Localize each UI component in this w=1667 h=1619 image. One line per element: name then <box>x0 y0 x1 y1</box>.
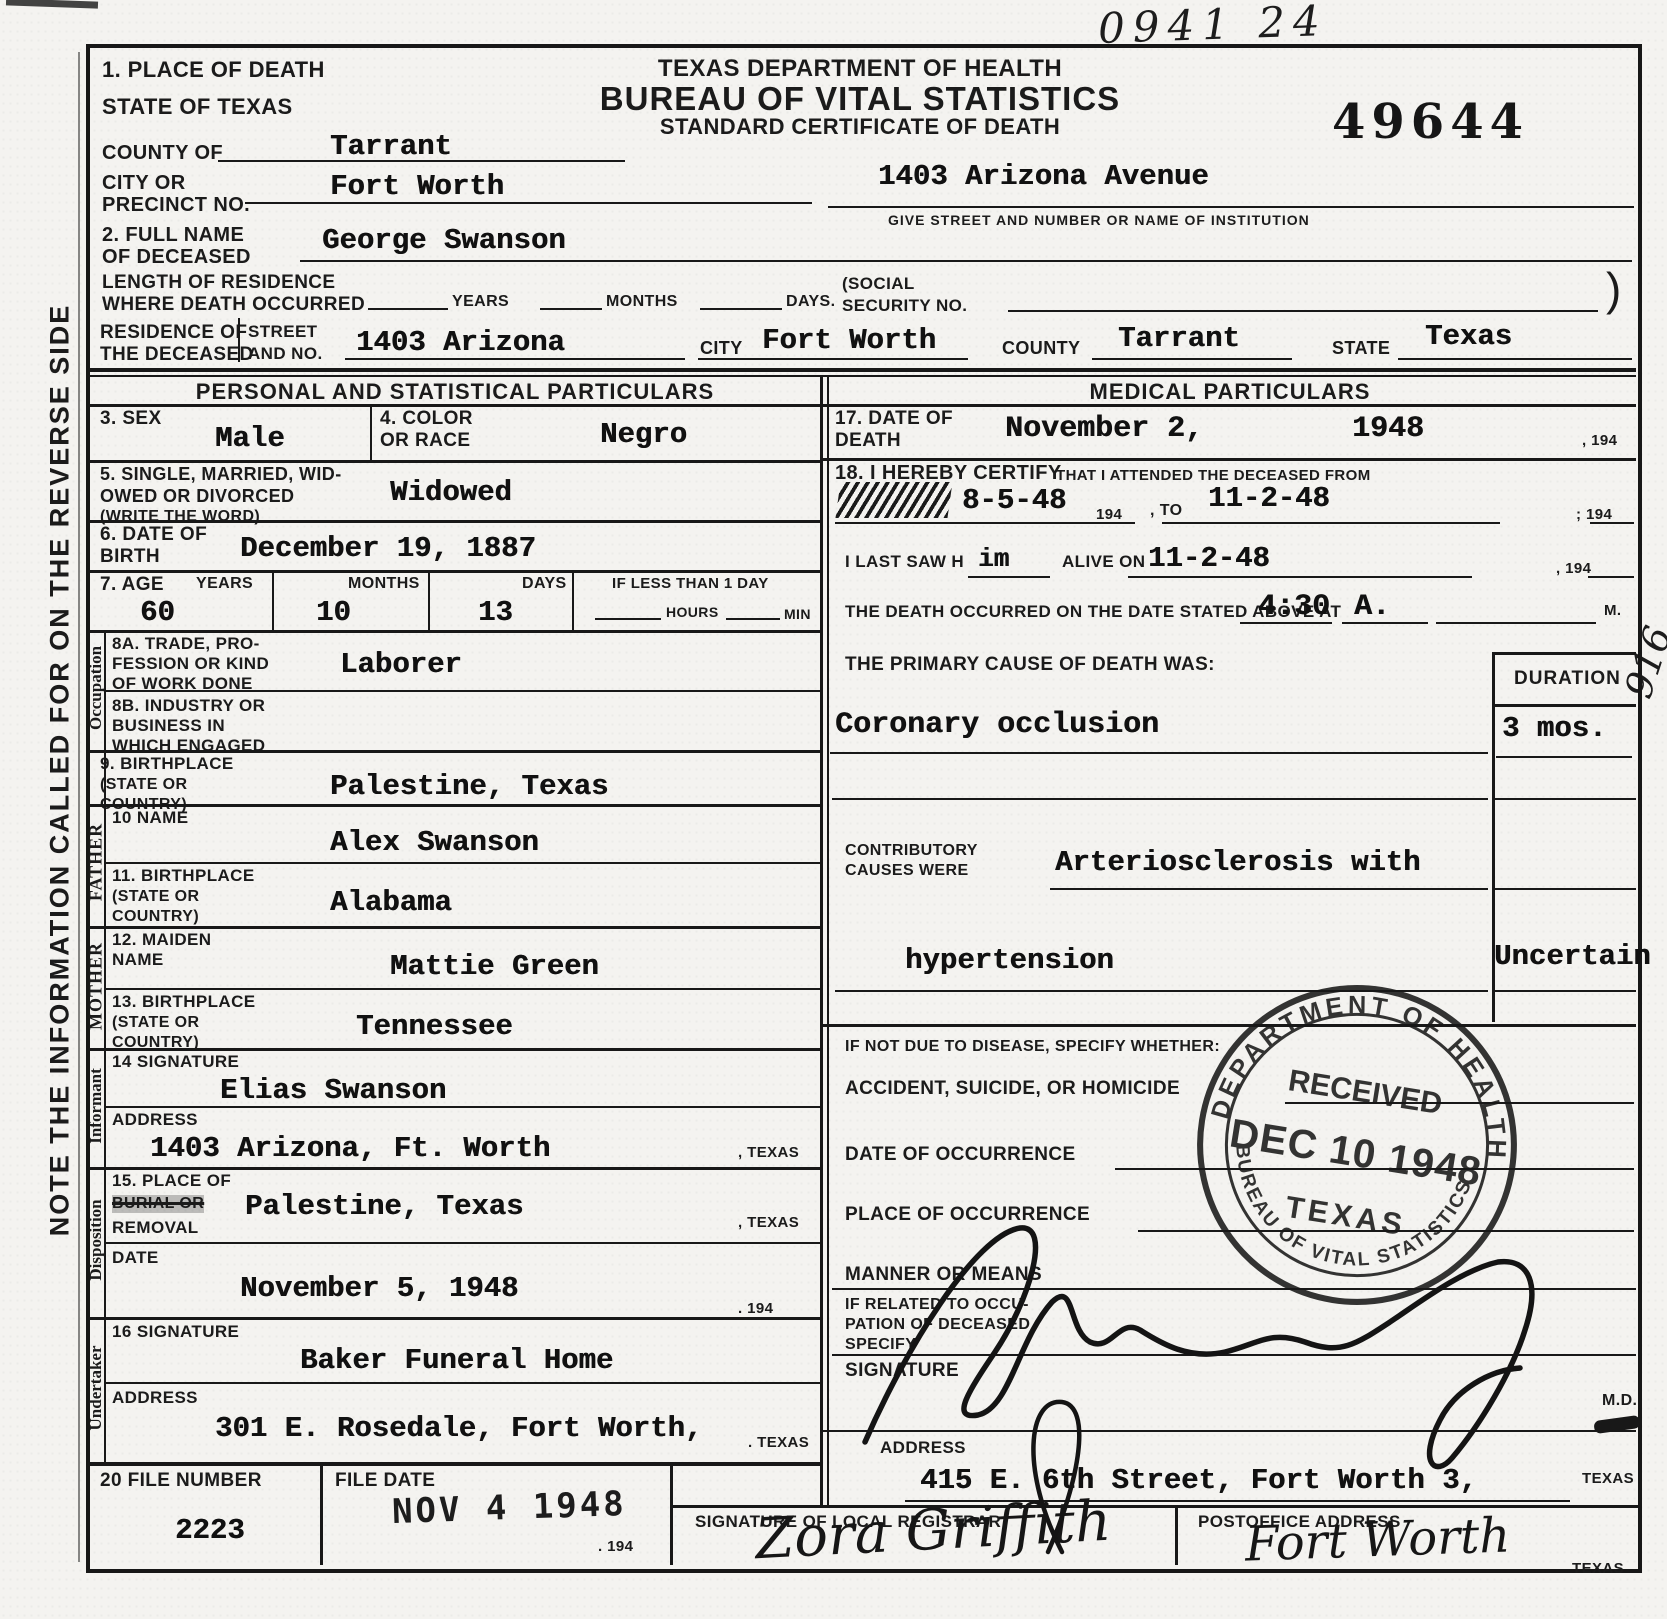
disposition-date-stub: . 194 <box>738 1300 773 1317</box>
residence-county-value: Tarrant <box>1118 322 1240 355</box>
city-value: Fort Worth <box>330 170 504 203</box>
disposition-date-value: November 5, 1948 <box>240 1272 518 1305</box>
sex-value: Male <box>215 422 285 455</box>
father-name-label: 10 NAME <box>112 808 189 828</box>
days-line <box>700 308 782 310</box>
row-line <box>88 520 822 523</box>
occurred-m-label: M. <box>1604 602 1621 619</box>
duration-value: 3 mos. <box>1502 712 1606 745</box>
age-months-label: MONTHS <box>348 575 420 593</box>
county-of-value: Tarrant <box>330 130 452 163</box>
stamp-date: DEC 10 1948 <box>1227 1110 1485 1195</box>
contributory-label-2: CAUSES WERE <box>845 862 969 880</box>
occurred-time: 4:30 <box>1258 590 1330 624</box>
months-line <box>540 308 602 310</box>
full-name-line <box>300 260 1632 262</box>
bottom-divider-2 <box>670 1462 673 1565</box>
age-days-label: DAYS <box>522 575 567 593</box>
father-birthplace-label-1: 11. BIRTHPLACE <box>112 866 255 886</box>
row-line <box>104 1242 822 1244</box>
trade-label-2: FESSION OR KIND <box>112 654 269 674</box>
duration-header-line <box>1492 704 1636 707</box>
if-not-due-label: IF NOT DUE TO DISEASE, SPECIFY WHETHER: <box>845 1038 1220 1056</box>
duration-row-line-2 <box>1492 990 1636 992</box>
scan-artifact <box>78 52 80 1562</box>
row-line <box>104 690 822 692</box>
residence-city-label: CITY <box>700 338 743 359</box>
stamp-received: RECEIVED <box>1286 1064 1444 1121</box>
disposition-label-2: REMOVAL <box>112 1218 199 1238</box>
street-label-2: AND NO. <box>248 344 323 364</box>
certify-stub-2: ; 194 <box>1576 506 1612 523</box>
age-days-value: 13 <box>478 596 513 629</box>
birthplace-label-2: (STATE OR <box>100 776 187 794</box>
age-less-label: IF LESS THAN 1 DAY <box>612 575 769 592</box>
age-divider-2 <box>428 570 430 630</box>
postoffice-value: Fort Worth <box>1244 1507 1511 1572</box>
place-of-death-label: 1. PLACE OF DEATH <box>102 57 325 83</box>
row-line <box>104 862 822 864</box>
row-line <box>88 804 822 807</box>
age-hours-label: HOURS <box>666 604 719 620</box>
institution-line <box>828 206 1634 208</box>
sex-race-divider <box>370 404 372 460</box>
county-line <box>218 160 625 162</box>
duration-label: DURATION <box>1514 668 1621 690</box>
column-divider <box>820 375 823 1505</box>
residence-city-value: Fort Worth <box>762 324 936 357</box>
row-line <box>104 1382 822 1384</box>
occurred-line-1 <box>1240 622 1332 624</box>
last-saw-label-2: ALIVE ON <box>1062 552 1146 572</box>
death-date-label-1: 17. DATE OF <box>835 408 953 430</box>
row-line <box>88 1167 822 1170</box>
residence-city-line <box>698 358 968 360</box>
personal-section-title: PERSONAL AND STATISTICAL PARTICULARS <box>88 379 822 405</box>
row-line <box>104 988 822 990</box>
age-min-label: MIN <box>784 606 811 622</box>
row-line <box>104 1106 822 1108</box>
bottom-row-top-left <box>88 1462 822 1466</box>
scan-artifact <box>6 0 98 9</box>
race-label-1: 4. COLOR <box>380 408 473 430</box>
certify-line-1 <box>835 522 1135 524</box>
certify-to-label: , TO <box>1150 502 1182 520</box>
related-line <box>832 1354 1636 1356</box>
death-date-year: 1948 <box>1352 412 1424 446</box>
last-saw-pronoun: im <box>978 544 1009 574</box>
residence-county-label: COUNTY <box>1002 338 1080 359</box>
industry-label-3: WHICH ENGAGED <box>112 736 265 756</box>
duration-row-line <box>1492 888 1636 890</box>
informant-group-label: Informant <box>86 1068 106 1144</box>
age-divider-1 <box>272 570 274 630</box>
marital-label-1: 5. SINGLE, MARRIED, WID- <box>100 464 342 485</box>
disposition-group-label: Disposition <box>86 1199 106 1280</box>
min-line <box>726 618 780 620</box>
column-divider-2 <box>827 375 829 1505</box>
certify-stub-1: 194 <box>1096 506 1122 523</box>
row-line <box>88 750 822 753</box>
ruled-line <box>832 798 1488 800</box>
row-line <box>88 460 822 463</box>
file-date-stamp: NOV 4 1948 <box>391 1484 627 1532</box>
disposition-struck-label: BURIAL OR <box>112 1195 204 1213</box>
last-saw-line-2 <box>1128 576 1472 578</box>
bottom-divider-3 <box>1175 1505 1178 1565</box>
age-divider-3 <box>572 570 574 630</box>
full-name-label-1: 2. FULL NAME <box>102 224 244 247</box>
birth-date-value: December 19, 1887 <box>240 532 536 565</box>
medical-section-title: MEDICAL PARTICULARS <box>822 379 1638 405</box>
undertaker-signature-value: Baker Funeral Home <box>300 1344 613 1377</box>
physician-address-label: ADDRESS <box>880 1438 966 1458</box>
ssn-label-1: (SOCIAL <box>842 274 915 294</box>
duration-box-top <box>1492 652 1636 655</box>
father-birthplace-value: Alabama <box>330 886 452 919</box>
race-value: Negro <box>600 418 687 451</box>
place-occurrence-label: PLACE OF OCCURRENCE <box>845 1204 1090 1226</box>
residence-label-1: RESIDENCE OF <box>100 322 247 344</box>
certify-line-2 <box>1162 522 1500 524</box>
file-number-label: 20 FILE NUMBER <box>100 1470 262 1492</box>
death-date-month: November 2, <box>1005 412 1203 446</box>
md-label: M.D. <box>1602 1392 1637 1410</box>
residence-length-label-2: WHERE DEATH OCCURRED <box>102 294 365 316</box>
contributory-line-1 <box>1050 888 1488 890</box>
father-name-value: Alex Swanson <box>330 826 539 859</box>
occurred-line-3 <box>1436 622 1596 624</box>
city-label-1: CITY OR <box>102 172 186 195</box>
last-saw-stub: , 194 <box>1556 560 1591 577</box>
file-number-value: 2223 <box>175 1514 245 1547</box>
birthplace-value: Palestine, Texas <box>330 770 608 803</box>
primary-cause-value: Coronary occlusion <box>835 708 1159 742</box>
hours-line <box>595 618 661 620</box>
street-line <box>345 358 685 360</box>
informant-address-value: 1403 Arizona, Ft. Worth <box>150 1132 550 1165</box>
mother-name-label-2: NAME <box>112 950 164 970</box>
last-saw-value: 11-2-48 <box>1148 542 1270 575</box>
last-saw-line-1 <box>968 576 1050 578</box>
certificate-title: STANDARD CERTIFICATE OF DEATH <box>560 114 1160 140</box>
marital-label-2: OWED OR DIVORCED <box>100 486 294 507</box>
mother-birthplace-label-1: 13. BIRTHPLACE <box>112 992 256 1012</box>
file-date-stub: . 194 <box>598 1538 633 1555</box>
residence-divider <box>238 318 240 362</box>
ssn-line <box>1008 310 1598 312</box>
disposition-date-label: DATE <box>112 1248 159 1268</box>
contributory-value-2: hypertension <box>905 944 1114 977</box>
institution-address-value: 1403 Arizona Avenue <box>878 160 1209 193</box>
county-of-label: COUNTY OF <box>102 142 223 165</box>
birth-date-label-1: 6. DATE OF <box>100 524 207 546</box>
informant-address-state: , TEXAS <box>738 1144 799 1161</box>
residence-state-value: Texas <box>1425 320 1512 353</box>
row-line <box>822 458 1636 461</box>
department-title: TEXAS DEPARTMENT OF HEALTH <box>560 55 1160 83</box>
city-label-2: PRECINCT NO. <box>102 194 250 217</box>
undertaker-address-value: 301 E. Rosedale, Fort Worth, <box>215 1412 702 1445</box>
mother-group-label: MOTHER <box>86 942 107 1030</box>
certify-to-value: 11-2-48 <box>1208 482 1330 515</box>
informant-signature-label: 14 SIGNATURE <box>112 1052 239 1072</box>
physician-signature-label: SIGNATURE <box>845 1360 959 1382</box>
state-of-texas-label: STATE OF TEXAS <box>102 94 293 120</box>
occurred-ampm: A. <box>1354 590 1390 624</box>
ssn-close-paren: ) <box>1606 262 1622 316</box>
mother-name-value: Mattie Green <box>390 950 599 983</box>
row-line <box>88 1048 822 1051</box>
band-top-line <box>88 368 1636 372</box>
related-label-2: PATION OF DECEASED <box>845 1316 1030 1334</box>
mother-birthplace-label-2: (STATE OR <box>112 1014 199 1032</box>
reverse-side-note: NOTE THE INFORMATION CALLED FOR ON THE R… <box>45 304 76 1237</box>
last-saw-line-3 <box>1588 576 1634 578</box>
certify-line-3 <box>1590 522 1634 524</box>
father-birthplace-label-3: COUNTRY) <box>112 908 199 926</box>
bottom-divider-1 <box>320 1462 323 1565</box>
age-months-value: 10 <box>316 596 351 629</box>
undertaker-address-label: ADDRESS <box>112 1388 198 1408</box>
ruled-line <box>1492 798 1636 800</box>
street-label-1: STREET <box>248 322 317 342</box>
duration-value-line <box>1496 756 1632 758</box>
industry-label-1: 8B. INDUSTRY OR <box>112 696 265 716</box>
primary-cause-label: THE PRIMARY CAUSE OF DEATH WAS: <box>845 654 1215 676</box>
residence-state-label: STATE <box>1332 338 1390 359</box>
physician-address-state: TEXAS <box>1582 1470 1634 1487</box>
death-certificate-scan: 0941 24 916 NOTE THE INFORMATION CALLED … <box>0 0 1667 1619</box>
undertaker-address-state: . TEXAS <box>748 1434 809 1451</box>
certify-from-value: 8-5-48 <box>962 484 1066 517</box>
residence-state-line <box>1398 358 1632 360</box>
undertaker-signature-label: 16 SIGNATURE <box>112 1322 239 1342</box>
institution-caption: GIVE STREET AND NUMBER OR NAME OF INSTIT… <box>888 212 1310 228</box>
industry-label-2: BUSINESS IN <box>112 716 225 736</box>
mother-name-label-1: 12. MAIDEN <box>112 930 211 950</box>
row-line <box>88 926 822 929</box>
band-top-line-2 <box>88 375 1636 377</box>
contributory-label-1: CONTRIBUTORY <box>845 842 978 860</box>
years-line <box>368 308 448 310</box>
father-birthplace-label-2: (STATE OR <box>112 888 199 906</box>
days-label: DAYS. <box>786 293 835 311</box>
birthplace-label-1: 9. BIRTHPLACE <box>100 754 234 774</box>
bureau-title: BUREAU OF VITAL STATISTICS <box>540 80 1180 118</box>
city-line <box>245 202 812 204</box>
accident-label: ACCIDENT, SUICIDE, OR HOMICIDE <box>845 1078 1180 1100</box>
related-label-1: IF RELATED TO OCCU- <box>845 1296 1029 1314</box>
row-line <box>822 1430 1636 1432</box>
years-label: YEARS <box>452 293 509 311</box>
full-name-label-2: OF DECEASED <box>102 246 251 269</box>
certify-struck-date: ######## <box>835 482 952 518</box>
row-line <box>88 1317 822 1320</box>
postoffice-state: TEXAS <box>1572 1560 1624 1577</box>
related-label-3: SPECIFY <box>845 1336 916 1354</box>
age-years-label: YEARS <box>196 575 253 593</box>
street-value: 1403 Arizona <box>356 326 565 359</box>
months-label: MONTHS <box>606 293 678 311</box>
occupation-group-label: Occupation <box>86 646 106 730</box>
trade-label-1: 8A. TRADE, PRO- <box>112 634 260 654</box>
informant-signature-value: Elias Swanson <box>220 1074 446 1107</box>
row-line <box>88 630 822 633</box>
residence-label-2: THE DECEASED <box>100 344 254 366</box>
undertaker-group-label: Undertaker <box>86 1346 106 1431</box>
marital-value: Widowed <box>390 476 512 509</box>
physician-address-value: 415 E. 6th Street, Fort Worth 3, <box>920 1464 1477 1497</box>
residence-length-label-1: LENGTH OF RESIDENCE <box>102 272 336 294</box>
sex-label: 3. SEX <box>100 408 162 430</box>
age-years-value: 60 <box>140 596 175 629</box>
manner-label: MANNER OR MEANS <box>845 1264 1042 1286</box>
date-occurrence-label: DATE OF OCCURRENCE <box>845 1144 1076 1166</box>
age-label: 7. AGE <box>100 574 164 596</box>
contributory-duration-value: Uncertain <box>1494 940 1651 973</box>
disposition-value: Palestine, Texas <box>245 1190 523 1223</box>
file-date-label: FILE DATE <box>335 1470 435 1492</box>
informant-address-label: ADDRESS <box>112 1110 198 1130</box>
occurred-line-2 <box>1342 622 1428 624</box>
certificate-number: 49644 <box>1332 94 1529 150</box>
trade-value: Laborer <box>340 648 462 681</box>
primary-cause-line <box>830 752 1488 754</box>
death-date-stub: , 194 <box>1582 432 1617 449</box>
residence-county-line <box>1092 358 1292 360</box>
mother-birthplace-value: Tennessee <box>356 1010 513 1043</box>
death-date-label-2: DEATH <box>835 430 901 452</box>
row-line <box>88 570 822 573</box>
last-saw-label-1: I LAST SAW H <box>845 552 964 572</box>
birth-date-label-2: BIRTH <box>100 546 160 568</box>
ssn-label-2: SECURITY NO. <box>842 296 967 316</box>
race-label-2: OR RACE <box>380 430 470 452</box>
disposition-label-1: 15. PLACE OF <box>112 1171 231 1191</box>
contributory-value-1: Arteriosclerosis with <box>1055 846 1420 879</box>
band-bottom-line <box>88 404 1636 407</box>
full-name-value: George Swanson <box>322 224 566 257</box>
received-stamp: DEPARTMENT OF HEALTH BUREAU OF VITAL STA… <box>1166 954 1548 1336</box>
disposition-state: , TEXAS <box>738 1214 799 1231</box>
